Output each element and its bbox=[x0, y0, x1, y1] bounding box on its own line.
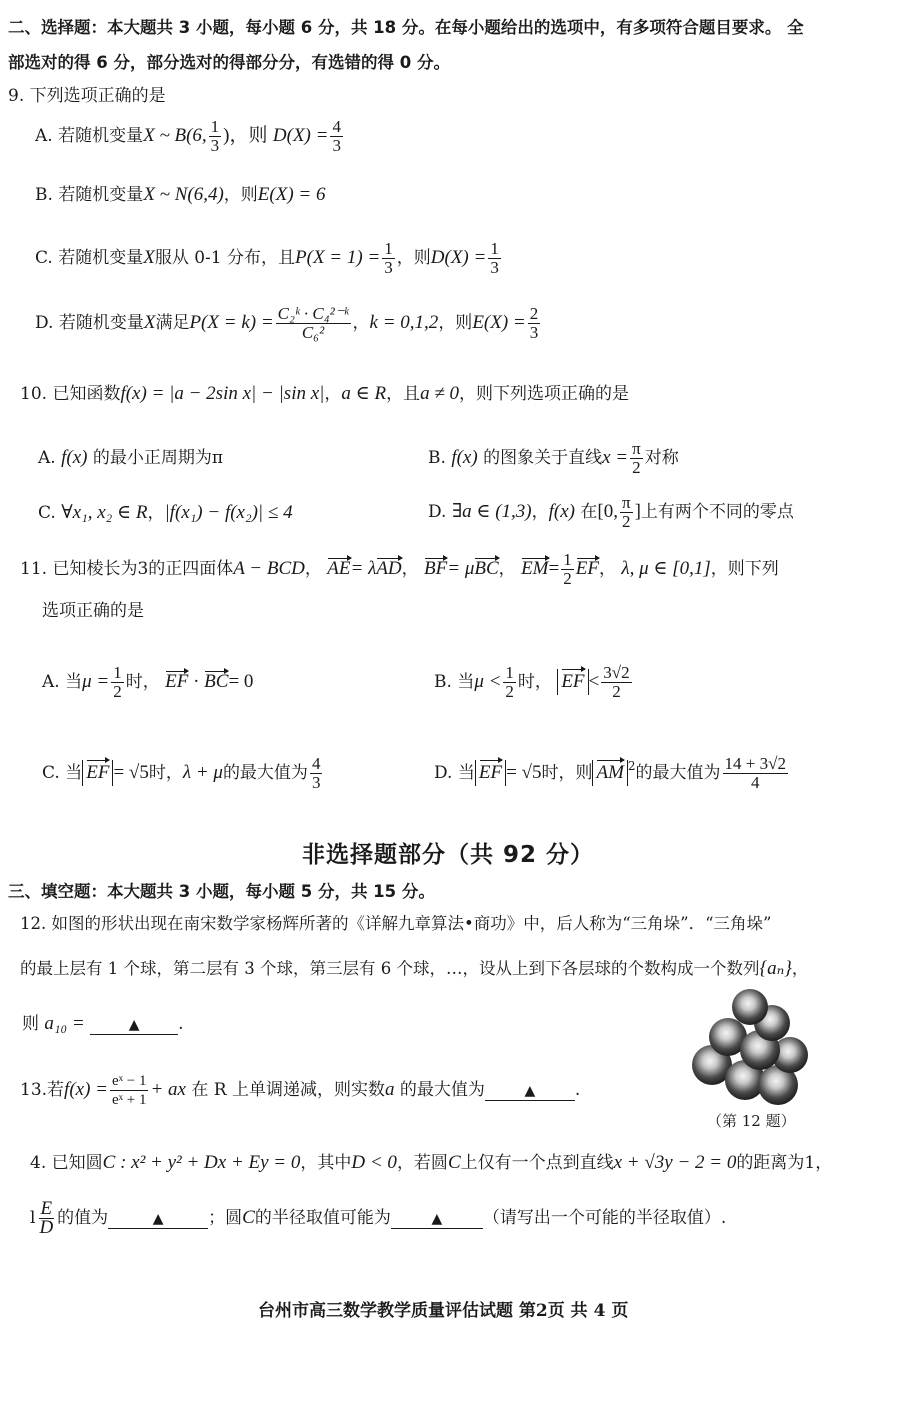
fraction: 23 bbox=[528, 305, 541, 342]
option-label: C. bbox=[38, 503, 56, 523]
vector-am: AM bbox=[596, 760, 623, 786]
page-footer: 台州市高三数学教学质量评估试题 第2页 共 4 页 bbox=[258, 1296, 628, 1321]
math-expr: |f(x₁) − f(x₂)| ≤ 4 bbox=[164, 502, 292, 523]
math-expr: μ < bbox=[474, 671, 501, 692]
option-label: D. bbox=[35, 313, 53, 333]
option-text: 当 bbox=[458, 763, 475, 783]
fraction: 14 + 3√24 bbox=[723, 755, 788, 792]
fraction: 13 bbox=[382, 240, 395, 277]
q10-option-c: C. ∀x₁, x₂ ∈ R，|f(x₁) − f(x₂)| ≤ 4 bbox=[38, 502, 293, 524]
q11-option-a: A. 当μ =12时， EF · BC= 0 bbox=[42, 664, 253, 701]
math-expr: λ, μ ∈ [0,1] bbox=[621, 558, 710, 579]
abs-value: EF bbox=[557, 669, 588, 695]
q9-option-d: D. 若随机变量X满足P(X = k) =C₂ᵏ · C₄²⁻ᵏC₆²，k = … bbox=[35, 305, 542, 342]
math-expr: X ~ B(6, bbox=[143, 125, 207, 146]
q14-line1: 4. 已知圆C : x² + y² + Dx + Ey = 0，其中D < 0，… bbox=[30, 1152, 832, 1174]
option-label: B. bbox=[428, 448, 446, 468]
q11-stem: 11. 已知棱长为3的正四面体A − BCD， AE= λAD， BF= μBC… bbox=[20, 551, 779, 588]
q13-text: 的最大值为 bbox=[400, 1080, 485, 1100]
math-var: a bbox=[385, 1079, 395, 1100]
option-text: 时， bbox=[518, 672, 552, 692]
math-expr: ∀x₁, x₂ ∈ R bbox=[61, 502, 147, 523]
vector-ef: EF bbox=[86, 760, 109, 786]
option-text: 上有两个不同的零点 bbox=[641, 502, 794, 522]
math-expr: P(X = 1) = bbox=[295, 247, 380, 268]
option-text: 的最大值为 bbox=[636, 763, 721, 783]
q14-text: l bbox=[30, 1208, 35, 1228]
math-expr: {aₙ} bbox=[759, 958, 791, 979]
separator: ， bbox=[499, 559, 516, 579]
q14-text: ；圆 bbox=[208, 1208, 242, 1228]
q14-text: ，其中 bbox=[300, 1153, 351, 1173]
option-text: ， bbox=[353, 313, 370, 333]
q11-option-d: D. 当EF= √5时，则AM2的最大值为14 + 3√24 bbox=[434, 755, 790, 792]
fraction: 12 bbox=[503, 664, 516, 701]
math-expr: )，则 bbox=[223, 125, 267, 146]
math-expr: D(X) = bbox=[431, 247, 487, 268]
option-label: C. bbox=[35, 248, 53, 268]
math-expr: [0, bbox=[597, 501, 618, 522]
abs-value: AM bbox=[592, 760, 627, 786]
vector-ae: AE bbox=[327, 558, 350, 580]
math-expr: X ~ N(6,4) bbox=[143, 184, 223, 205]
fraction: 43 bbox=[330, 118, 343, 155]
answer-blank[interactable]: ▲ bbox=[485, 1082, 575, 1101]
fraction: 43 bbox=[310, 755, 323, 792]
vector-ef: EF bbox=[479, 760, 502, 786]
q10-option-d: D. ∃a ∈ (1,3)，f(x) 在[0,π2]上有两个不同的零点 bbox=[428, 494, 794, 531]
fraction: C₂ᵏ · C₄²⁻ᵏC₆² bbox=[276, 305, 351, 342]
option-text: 当 bbox=[65, 763, 82, 783]
q14-text: （请写出一个可能的半径取值）. bbox=[483, 1208, 726, 1228]
q11-option-c: C. 当EF= √5时，λ + μ的最大值为43 bbox=[42, 755, 324, 792]
math-expr: a ≠ 0 bbox=[420, 383, 459, 404]
q14-text: 的值为 bbox=[57, 1208, 108, 1228]
option-text: 在 bbox=[580, 502, 597, 522]
stem-text: 已知函数 bbox=[52, 384, 120, 404]
math-expr: f(x) bbox=[451, 447, 477, 468]
q13-line: 13.若f(x) =eˣ − 1eˣ + 1+ ax 在 R 上单调递减，则实数… bbox=[20, 1072, 580, 1109]
q14-text: ，若圆 bbox=[397, 1153, 448, 1173]
section3-header: 三、填空题：本大题共 3 小题，每小题 5 分，共 15 分。 bbox=[8, 881, 435, 903]
math-expr: f(x) bbox=[61, 447, 87, 468]
stem-text: ，则下列选项正确的是 bbox=[459, 384, 629, 404]
math-expr: P(X = k) = bbox=[189, 312, 273, 333]
part2-heading: 非选择题部分（共 92 分） bbox=[302, 836, 594, 869]
option-text: ，则 bbox=[438, 313, 472, 333]
abs-value: EF bbox=[475, 760, 506, 786]
option-text: 的最小正周期为π bbox=[93, 448, 223, 468]
option-text: 对称 bbox=[645, 448, 679, 468]
option-text: 若随机变量 bbox=[59, 313, 144, 333]
punctuation: . bbox=[575, 1080, 580, 1100]
fraction: π2 bbox=[630, 440, 643, 477]
fraction: 13 bbox=[488, 240, 501, 277]
q13-text: 在 R 上单调递减，则实数 bbox=[191, 1080, 385, 1100]
math-expr: f(x) bbox=[549, 501, 575, 522]
q12-line2: 的最上层有 1 个球，第二层有 3 个球，第三层有 6 个球，…，设从上到下各层… bbox=[20, 958, 808, 980]
answer-blank[interactable]: ▲ bbox=[90, 1016, 178, 1035]
question-number: 11. bbox=[20, 559, 47, 579]
answer-blank-1[interactable]: ▲ bbox=[108, 1210, 208, 1229]
option-label: B. bbox=[35, 185, 53, 205]
math-var: X bbox=[143, 247, 155, 268]
q9-option-b: B. 若随机变量X ~ N(6,4)，则E(X) = 6 bbox=[35, 184, 325, 206]
section2-header-line1: 二、选择题：本大题共 3 小题，每小题 6 分，共 18 分。在每小题给出的选项… bbox=[8, 17, 804, 39]
math-expr: = √5 bbox=[113, 762, 148, 783]
fraction: 13 bbox=[209, 118, 222, 155]
q14-line2: lED的值为▲；圆C的半径取值可能为▲（请写出一个可能的半径取值）. bbox=[30, 1200, 726, 1237]
option-text: ， bbox=[532, 502, 549, 522]
q10-stem: 10. 已知函数f(x) = |a − 2sin x| − |sin x|，a … bbox=[20, 383, 629, 405]
question-number: 4. bbox=[30, 1153, 46, 1173]
option-text: 时， bbox=[126, 672, 160, 692]
math-expr: + ax bbox=[150, 1079, 186, 1100]
vector-bc: BC bbox=[204, 671, 228, 693]
option-label: A. bbox=[38, 448, 56, 468]
figure-caption: （第 12 题） bbox=[707, 1110, 796, 1132]
vector-ef: EF bbox=[576, 558, 599, 580]
option-text: 当 bbox=[457, 672, 474, 692]
q14-text: 上仅有一个点到直线 bbox=[461, 1153, 614, 1173]
math-expr: C : x² + y² + Dx + Ey = 0 bbox=[103, 1152, 301, 1173]
math-var: C bbox=[448, 1152, 461, 1173]
q12-line1: 12. 如图的形状出现在南宋数学家杨辉所著的《详解九章算法•商功》中，后人称为“… bbox=[20, 913, 771, 935]
q10-option-a: A. f(x) 的最小正周期为π bbox=[38, 447, 223, 469]
math-expr: x = bbox=[602, 447, 628, 468]
option-text: 当 bbox=[65, 672, 82, 692]
q9-stem: 9. 下列选项正确的是 bbox=[8, 85, 166, 107]
q9-option-c: C. 若随机变量X服从 0-1 分布，且P(X = 1) =13，则D(X) =… bbox=[35, 240, 503, 277]
fraction: 12 bbox=[561, 551, 574, 588]
option-text: 服从 0-1 分布，且 bbox=[155, 248, 295, 268]
vector-ef: EF bbox=[561, 669, 584, 695]
q12-text: 的最上层有 1 个球，第二层有 3 个球，第三层有 6 个球，…，设从上到下各层… bbox=[20, 959, 759, 978]
option-text: 时，则 bbox=[541, 763, 592, 783]
option-text: 的最大值为 bbox=[223, 763, 308, 783]
question-number: 10. bbox=[20, 384, 47, 404]
math-expr: < bbox=[589, 671, 600, 692]
math-expr: E(X) = bbox=[472, 312, 525, 333]
abs-value: EF bbox=[82, 760, 113, 786]
triangular-ball-pile-figure bbox=[690, 985, 815, 1110]
math-var: C bbox=[242, 1207, 255, 1228]
q11-option-b: B. 当μ <12时， EF<3√22 bbox=[434, 664, 634, 701]
vector-em: EM bbox=[521, 558, 548, 580]
option-label: A. bbox=[35, 126, 53, 146]
q10-option-b: B. f(x) 的图象关于直线x =π2对称 bbox=[428, 440, 679, 477]
stem-text: ，且 bbox=[386, 384, 420, 404]
option-text: 若随机变量 bbox=[58, 185, 143, 205]
q14-text: 已知圆 bbox=[52, 1153, 103, 1173]
math-expr: A − BCD bbox=[233, 558, 305, 579]
option-text: 若随机变量 bbox=[58, 126, 143, 146]
option-text: 时， bbox=[149, 763, 183, 783]
vector-bf: BF bbox=[424, 558, 447, 580]
stem-text: ， bbox=[324, 384, 341, 404]
math-expr: a₁₀ = bbox=[44, 1013, 84, 1034]
option-text: 满足 bbox=[155, 313, 189, 333]
math-expr: = 0 bbox=[228, 671, 253, 692]
q14-text: 的距离为1， bbox=[736, 1153, 832, 1173]
math-expr: a ∈ R bbox=[341, 383, 386, 404]
math-expr: k = 0,1,2 bbox=[370, 312, 439, 333]
answer-blank-2[interactable]: ▲ bbox=[391, 1210, 483, 1229]
punctuation: . bbox=[178, 1014, 183, 1034]
math-expr: = bbox=[549, 558, 560, 579]
option-label: B. bbox=[434, 672, 452, 692]
option-text: 的图象关于直线 bbox=[483, 448, 602, 468]
option-text: ，则 bbox=[224, 185, 258, 205]
fraction: ED bbox=[37, 1200, 55, 1237]
q12-line3: 则 a₁₀ = ▲. bbox=[22, 1013, 184, 1035]
vector-ad: AD bbox=[376, 558, 401, 580]
stem-text: 已知棱长为3的正四面体 bbox=[52, 559, 233, 579]
math-expr: μ = bbox=[82, 671, 109, 692]
math-expr: = μ bbox=[447, 558, 474, 579]
superscript: 2 bbox=[628, 759, 636, 773]
option-label: C. bbox=[42, 763, 60, 783]
separator: ， bbox=[402, 559, 419, 579]
math-expr: D < 0 bbox=[351, 1152, 397, 1173]
q12-text: 则 bbox=[22, 1014, 39, 1034]
option-label: A. bbox=[42, 672, 60, 692]
math-expr: λ + μ bbox=[183, 762, 223, 783]
option-text: 若随机变量 bbox=[58, 248, 143, 268]
option-text: ， bbox=[147, 503, 164, 523]
math-expr: = √5 bbox=[506, 762, 541, 783]
q14-text: 的半径取值可能为 bbox=[255, 1208, 391, 1228]
separator: ， bbox=[305, 559, 322, 579]
fraction: 12 bbox=[111, 664, 124, 701]
math-expr: = λ bbox=[351, 558, 377, 579]
question-number: 13.若 bbox=[20, 1080, 64, 1100]
option-label: D. bbox=[434, 763, 452, 783]
math-expr: x + √3y − 2 = 0 bbox=[614, 1152, 737, 1173]
separator: ， bbox=[599, 559, 616, 579]
q11-stem-line2: 选项正确的是 bbox=[42, 600, 144, 622]
math-var: X bbox=[144, 312, 156, 333]
fraction: eˣ − 1eˣ + 1 bbox=[110, 1072, 148, 1109]
math-expr: D(X) = bbox=[273, 125, 329, 146]
vector-ef: EF bbox=[165, 671, 188, 693]
option-text: ，则 bbox=[397, 248, 431, 268]
option-label: D. bbox=[428, 502, 446, 522]
math-expr: f(x) = |a − 2sin x| − |sin x| bbox=[120, 383, 324, 404]
section2-header-line2: 部选对的得 6 分，部分选对的得部分分，有选错的得 0 分。 bbox=[8, 52, 450, 74]
math-expr: E(X) = 6 bbox=[258, 184, 326, 205]
fraction: 3√22 bbox=[601, 664, 631, 701]
q9-option-a: A. 若随机变量X ~ B(6,13)，则 D(X) =43 bbox=[35, 118, 345, 155]
math-expr: ∃a ∈ (1,3) bbox=[452, 501, 532, 522]
vector-bc: BC bbox=[474, 558, 498, 580]
punctuation: ， bbox=[792, 959, 809, 978]
stem-text: ，则下列 bbox=[711, 559, 779, 579]
fraction: π2 bbox=[620, 494, 633, 531]
math-expr: f(x) = bbox=[64, 1079, 108, 1100]
